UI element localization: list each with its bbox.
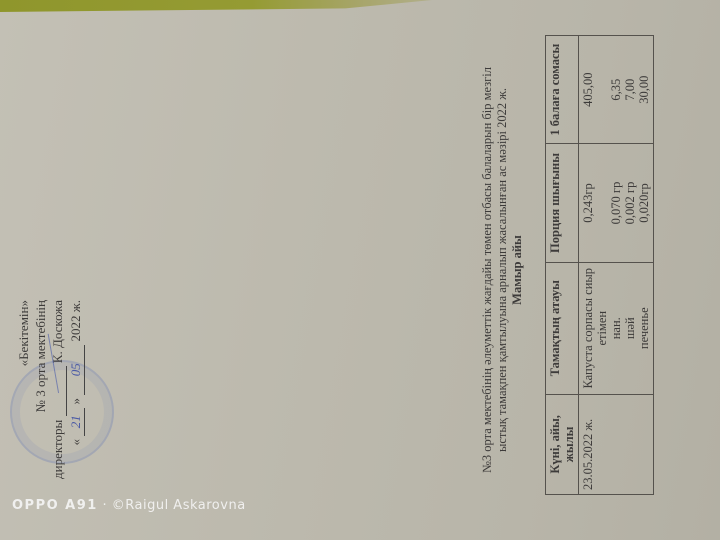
watermark-separator: · <box>98 498 112 513</box>
document-photo: «Бекітемін» № 3 орта мектебінің директор… <box>0 0 720 540</box>
watermark-credit: ©Raigul Askarovna <box>112 498 246 513</box>
director-signature-blank <box>49 366 67 416</box>
food-item: нан. <box>609 267 623 390</box>
date-month: 05 <box>67 345 85 395</box>
date-close-quote: » <box>68 398 83 405</box>
date-open-quote: « <box>68 439 83 446</box>
header-portion: Порция шығыны <box>546 144 579 262</box>
watermark-brand: OPPO A91 <box>12 498 98 513</box>
title-line-1: №3 орта мектебінің әлеуметтік жағдайы тө… <box>480 50 495 490</box>
price-item: 405,00 <box>581 40 595 139</box>
rotated-document-page: «Бекітемін» № 3 орта мектебінің директор… <box>0 0 720 540</box>
cell-price: 405,00 6,35 7,00 30,00 <box>579 36 654 144</box>
director-name: К. Доскожа <box>50 300 65 363</box>
menu-table: Күні, айы, жылы Тамақтың атауы Порция шы… <box>545 35 654 495</box>
price-item: 30,00 <box>637 40 651 139</box>
title-line-2: ыстық тамақпен қамтылуына арналып жасалы… <box>495 50 510 490</box>
portion-item: 0,243гр <box>581 148 595 257</box>
table-row: 23.05.2022 ж. Капуста сорпасы сиыр етіме… <box>579 36 654 495</box>
food-item: Капуста сорпасы сиыр етімен <box>581 267 609 390</box>
cell-food: Капуста сорпасы сиыр етімен нан. шәй печ… <box>579 262 654 394</box>
document-title: №3 орта мектебінің әлеуметтік жағдайы тө… <box>480 50 525 490</box>
header-price: 1 балаға сомасы <box>546 36 579 144</box>
approval-date: « 21 » 05 2022 ж. <box>67 300 85 520</box>
date-day: 21 <box>67 408 85 436</box>
portion-item: 0,002 гр <box>623 148 637 257</box>
price-item: 7,00 <box>623 40 637 139</box>
price-item: 6,35 <box>609 40 623 139</box>
approval-heading: «Бекітемін» <box>15 300 32 520</box>
table-header-row: Күні, айы, жылы Тамақтың атауы Порция шы… <box>546 36 579 495</box>
camera-watermark: OPPO A91 · ©Raigul Askarovna <box>12 498 246 513</box>
approval-block: «Бекітемін» № 3 орта мектебінің директор… <box>15 300 85 520</box>
approval-school: № 3 орта мектебінің <box>32 300 49 520</box>
cell-date: 23.05.2022 ж. <box>579 394 654 494</box>
date-year: 2022 ж. <box>68 300 83 341</box>
food-item: шәй <box>623 267 637 390</box>
director-label: директоры <box>50 420 65 479</box>
approval-director: директоры К. Доскожа <box>49 300 67 520</box>
portion-item: 0,070 гр <box>609 148 623 257</box>
header-date: Күні, айы, жылы <box>546 394 579 494</box>
cell-portion: 0,243гр 0,070 гр 0,002 гр 0,020гр <box>579 144 654 262</box>
portion-item: 0,020гр <box>637 148 651 257</box>
header-food: Тамақтың атауы <box>546 262 579 394</box>
food-item: печенье <box>637 267 651 390</box>
title-month: Мамыр айы <box>510 50 525 490</box>
